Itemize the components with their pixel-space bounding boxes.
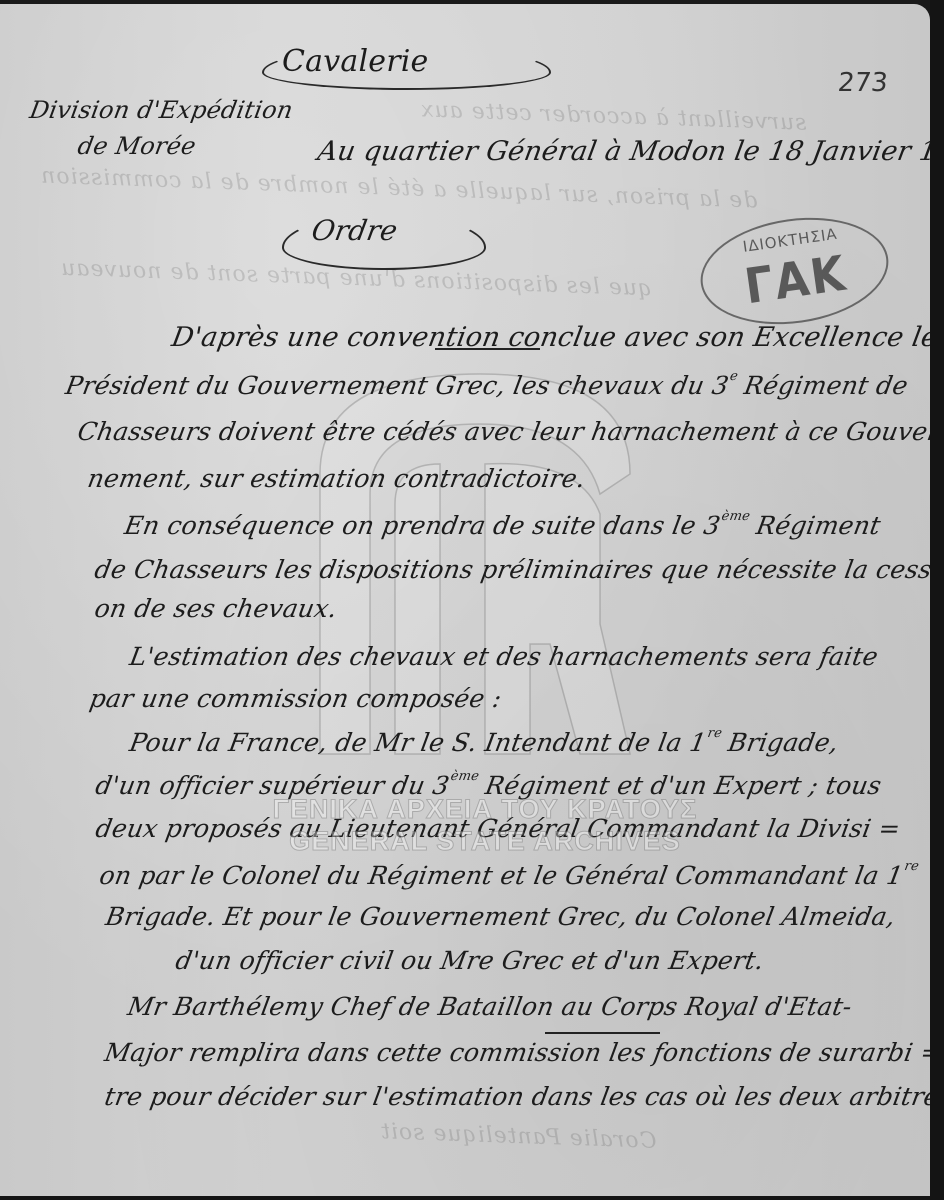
ordinal-suffix: ème <box>449 769 480 784</box>
body-line-text: Président du Gouvernement Grec, les chev… <box>63 371 731 400</box>
division-region: de Morée <box>76 132 199 160</box>
body-line: deux proposés au Lieutenant Général Comm… <box>93 814 902 843</box>
place-and-date: Au quartier Général à Modon le 18 Janvie… <box>315 136 930 167</box>
body-line: d'un officier civil ou Mre Grec et d'un … <box>173 946 766 975</box>
body-line: on par le Colonel du Régiment et le Géné… <box>97 859 920 890</box>
body-line-text: d'un officier supérieur du 3 <box>93 771 451 800</box>
ordinal-suffix: re <box>903 859 920 874</box>
body-line: En conséquence on prendra de suite dans … <box>122 509 883 540</box>
bleed-through-text: surveillant à accorder cette aux <box>420 97 807 135</box>
heading-flourish <box>262 46 551 90</box>
body-line-text: Régiment <box>746 511 883 540</box>
body-line: D'après une convention conclue avec son … <box>169 322 930 353</box>
body-line: Major remplira dans cette commission les… <box>102 1038 930 1067</box>
archive-ownership-stamp: ΙΔΙΟΚΤΗΣΙΑ ΓΑΚ <box>694 206 896 335</box>
body-line: Mr Barthélemy Chef de Bataillon au Corps… <box>125 992 854 1021</box>
order-title-flourish <box>282 214 486 270</box>
underline-mark <box>435 348 540 350</box>
body-line: Pour la France, de Mr le S. Intendant de… <box>127 726 841 757</box>
body-line: Président du Gouvernement Grec, les chev… <box>63 369 910 400</box>
body-line: tre pour décider sur l'estimation dans l… <box>102 1082 930 1111</box>
body-line: par une commission composée : <box>87 684 503 713</box>
division-name: Division d'Expédition <box>28 96 296 124</box>
manuscript-page: surveillant à accorder cette aux de la p… <box>0 4 930 1196</box>
body-line: L'estimation des chevaux et des harnache… <box>127 642 880 671</box>
body-line-text: Régiment de <box>734 371 910 400</box>
body-line-text: Régiment et d'un Expert ; tous <box>475 771 884 800</box>
body-line: Chasseurs doivent être cédés avec leur h… <box>75 417 930 446</box>
body-line: nement, sur estimation contradictoire. <box>85 464 587 493</box>
folio-number: 273 <box>836 68 889 98</box>
bleed-through-text: de la prison, sur laquelle a été le nomb… <box>40 163 758 213</box>
underline-mark <box>545 1032 660 1034</box>
scan-border-bottom <box>0 1196 944 1200</box>
ordinal-suffix: ème <box>720 509 751 524</box>
body-line-text: En conséquence on prendra de suite dans … <box>122 511 722 540</box>
body-line: de Chasseurs les dispositions préliminai… <box>92 555 930 584</box>
body-line-text: on par le Colonel du Régiment et le Géné… <box>97 861 905 890</box>
body-line: Brigade. Et pour le Gouvernement Grec, d… <box>103 902 897 931</box>
body-line: on de ses chevaux. <box>92 594 339 623</box>
body-line-text: Pour la France, de Mr le S. Intendant de… <box>127 728 708 757</box>
scan-border-right <box>930 0 944 1200</box>
body-line: d'un officier supérieur du 3ème Régiment… <box>93 769 884 800</box>
body-line-text: Brigade, <box>718 728 841 757</box>
bleed-through-text: Coralie Pantelique soit <box>380 1119 657 1154</box>
